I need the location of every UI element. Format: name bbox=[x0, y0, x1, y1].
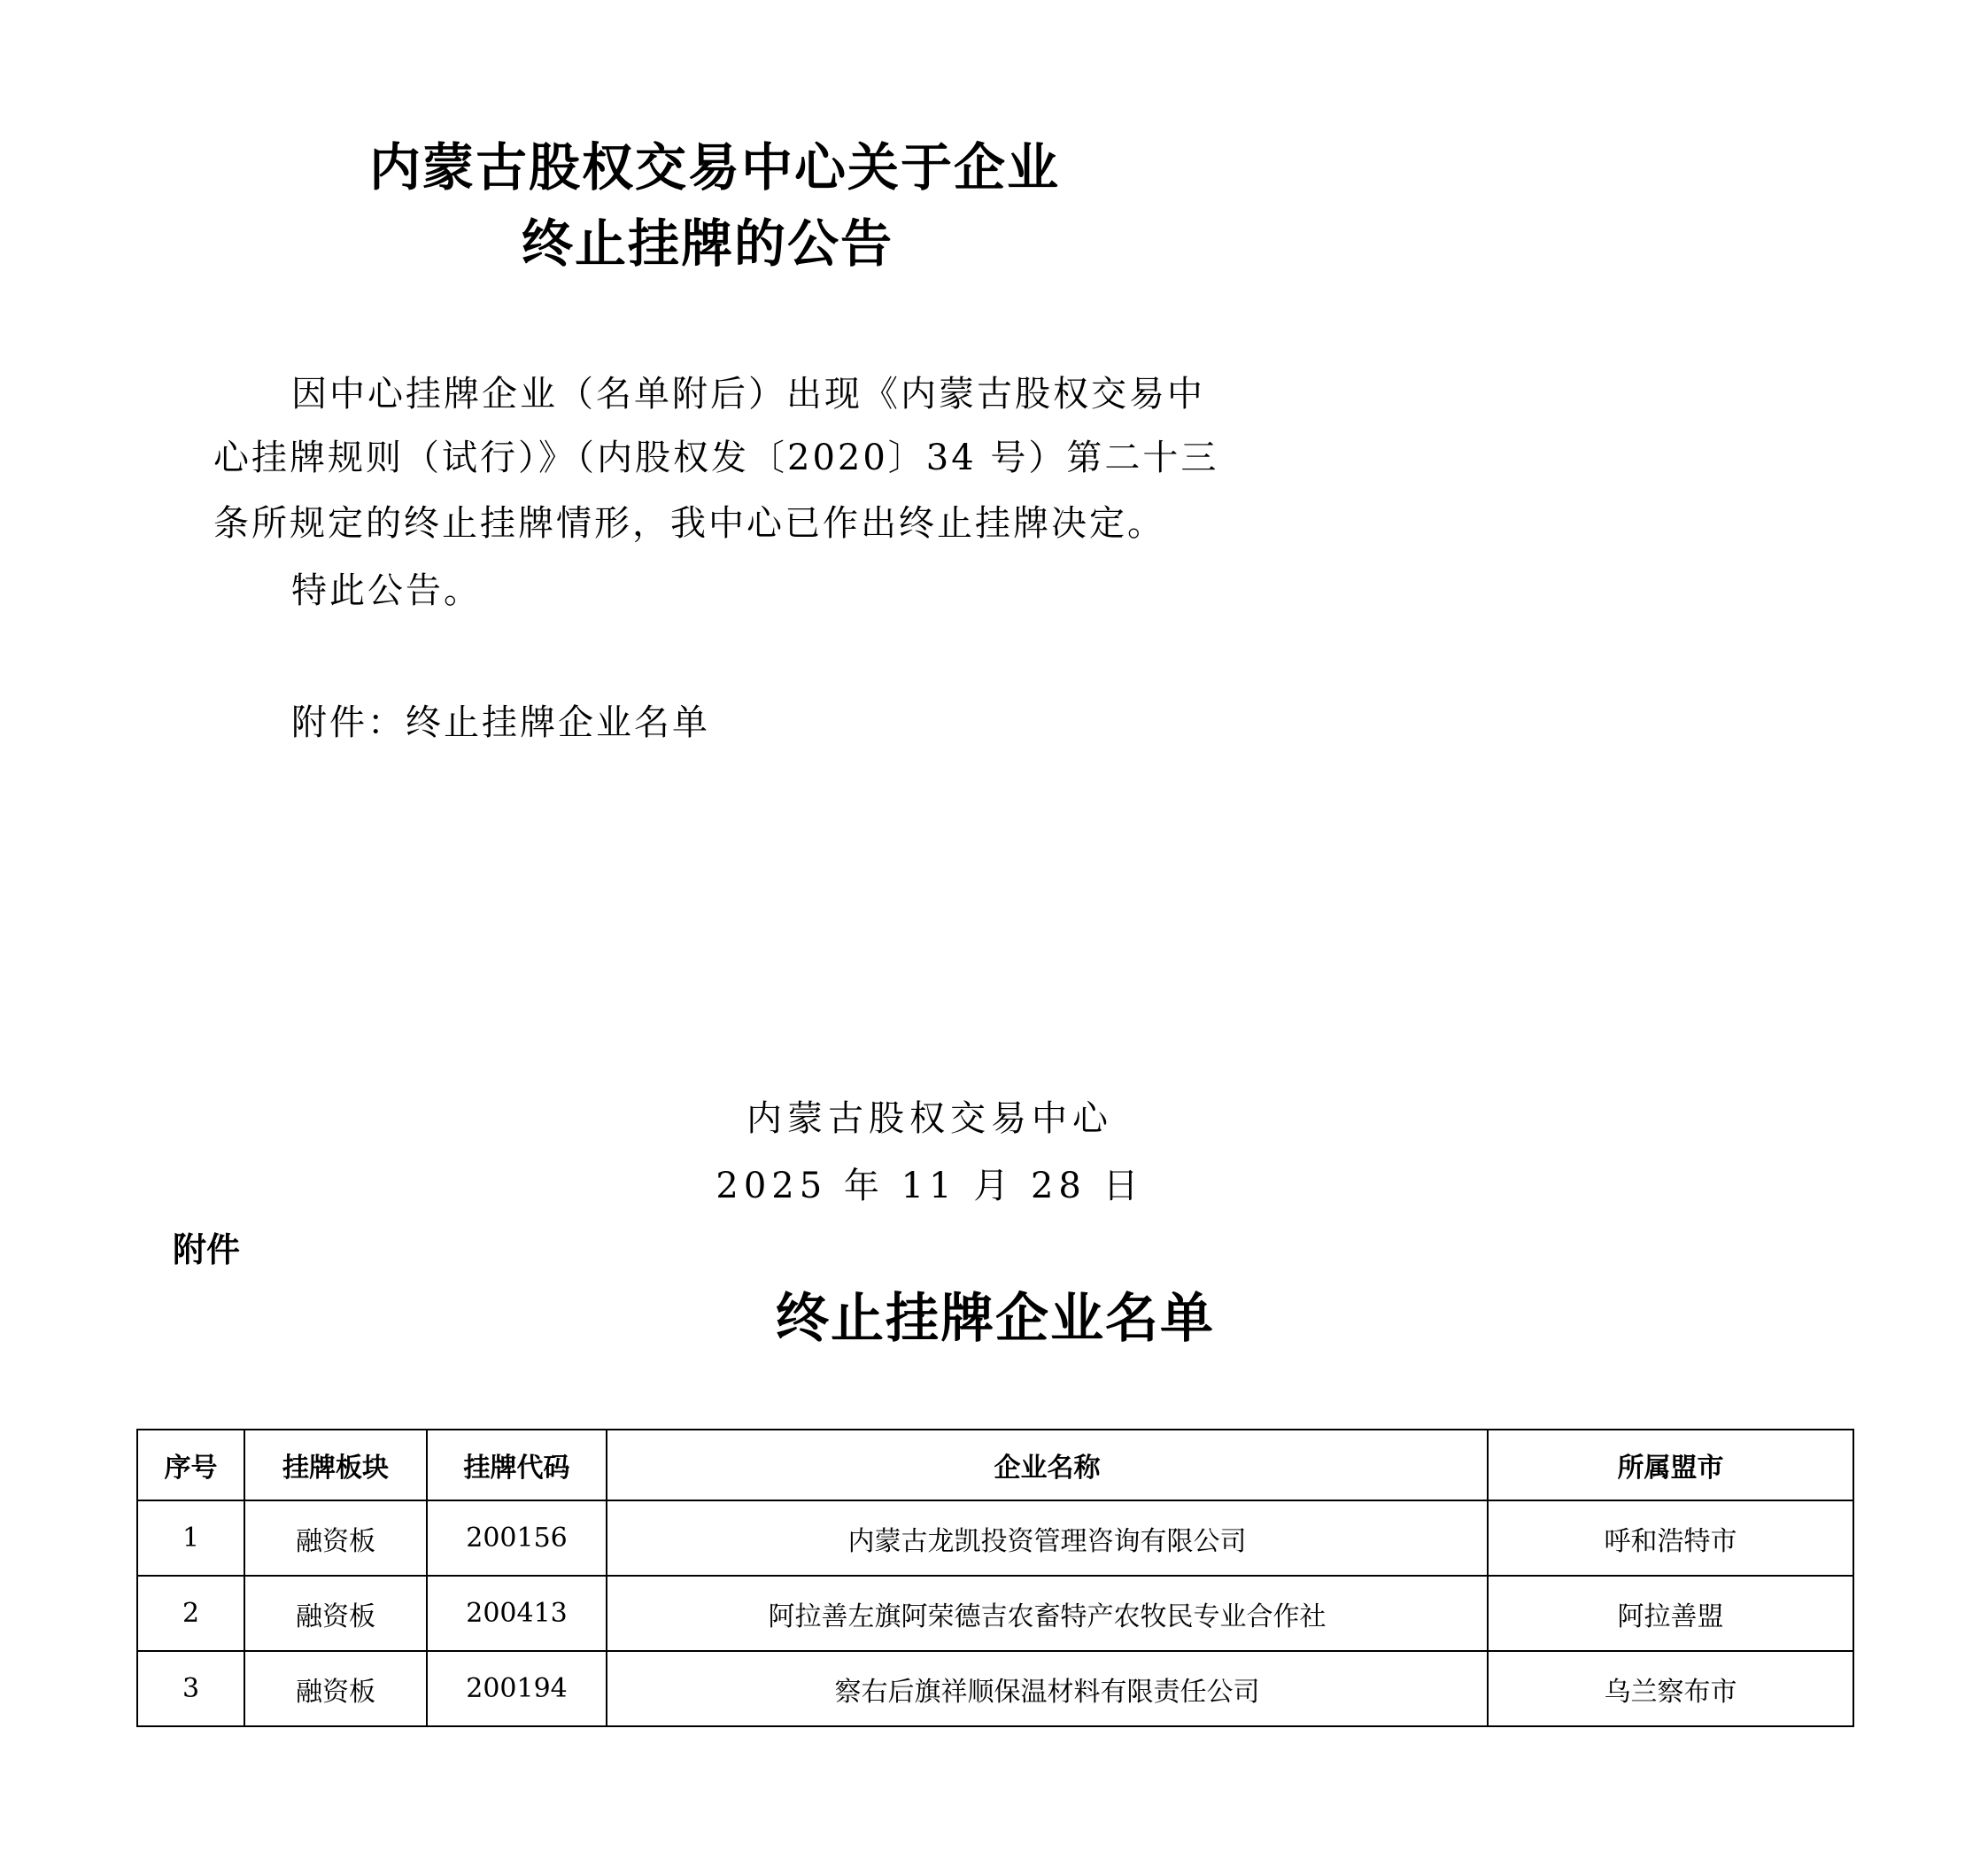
cell-code: 200156 bbox=[427, 1500, 607, 1576]
cell-company-name: 阿拉善左旗阿荣德吉农畜特产农牧民专业合作社 bbox=[607, 1576, 1488, 1651]
header-region: 所属盟市 bbox=[1488, 1430, 1853, 1500]
attachment-reference: 附件：终止挂牌企业名单 bbox=[291, 701, 710, 744]
cell-region: 阿拉善盟 bbox=[1488, 1576, 1853, 1651]
body-paragraph-line-2: 心挂牌规则（试行）》（内股权发〔2020〕34 号）第二十三 bbox=[213, 437, 1218, 479]
cell-board: 融资板 bbox=[244, 1576, 427, 1651]
attachment-label: 附件 bbox=[173, 1230, 240, 1269]
notice-title-line-1: 内蒙古股权交易中心关于企业 bbox=[369, 139, 1060, 196]
header-board: 挂牌板块 bbox=[244, 1430, 427, 1500]
cell-board: 融资板 bbox=[244, 1500, 427, 1576]
delisted-companies-table: 序号 挂牌板块 挂牌代码 企业名称 所属盟市 1 融资板 200156 内蒙古龙… bbox=[136, 1429, 1854, 1727]
cell-company-name: 察右后旗祥顺保温材料有限责任公司 bbox=[607, 1651, 1488, 1726]
notice-title-line-2: 终止挂牌的公告 bbox=[522, 215, 893, 272]
table-row: 1 融资板 200156 内蒙古龙凯投资管理咨询有限公司 呼和浩特市 bbox=[137, 1500, 1853, 1576]
issue-date: 2025 年 11 月 28 日 bbox=[664, 1165, 1195, 1207]
cell-board: 融资板 bbox=[244, 1651, 427, 1726]
body-paragraph-line-1: 因中心挂牌企业（名单附后）出现《内蒙古股权交易中 bbox=[291, 373, 1205, 415]
table-header-row: 序号 挂牌板块 挂牌代码 企业名称 所属盟市 bbox=[137, 1430, 1853, 1500]
header-company-name: 企业名称 bbox=[607, 1430, 1488, 1500]
cell-region: 乌兰察布市 bbox=[1488, 1651, 1853, 1726]
attachment-title: 终止挂牌企业名单 bbox=[597, 1288, 1394, 1350]
table-row: 2 融资板 200413 阿拉善左旗阿荣德吉农畜特产农牧民专业合作社 阿拉善盟 bbox=[137, 1576, 1853, 1651]
cell-company-name: 内蒙古龙凯投资管理咨询有限公司 bbox=[607, 1500, 1488, 1576]
table-row: 3 融资板 200194 察右后旗祥顺保温材料有限责任公司 乌兰察布市 bbox=[137, 1651, 1853, 1726]
issuer-signature: 内蒙古股权交易中心 bbox=[664, 1097, 1195, 1140]
header-code: 挂牌代码 bbox=[427, 1430, 607, 1500]
cell-region: 呼和浩特市 bbox=[1488, 1500, 1853, 1576]
header-index: 序号 bbox=[137, 1430, 244, 1500]
cell-index: 3 bbox=[137, 1651, 244, 1726]
cell-index: 1 bbox=[137, 1500, 244, 1576]
cell-index: 2 bbox=[137, 1576, 244, 1651]
cell-code: 200194 bbox=[427, 1651, 607, 1726]
cell-code: 200413 bbox=[427, 1576, 607, 1651]
closing-line: 特此公告。 bbox=[291, 570, 482, 612]
body-paragraph-line-3: 条所规定的终止挂牌情形，我中心已作出终止挂牌决定。 bbox=[213, 502, 1165, 545]
